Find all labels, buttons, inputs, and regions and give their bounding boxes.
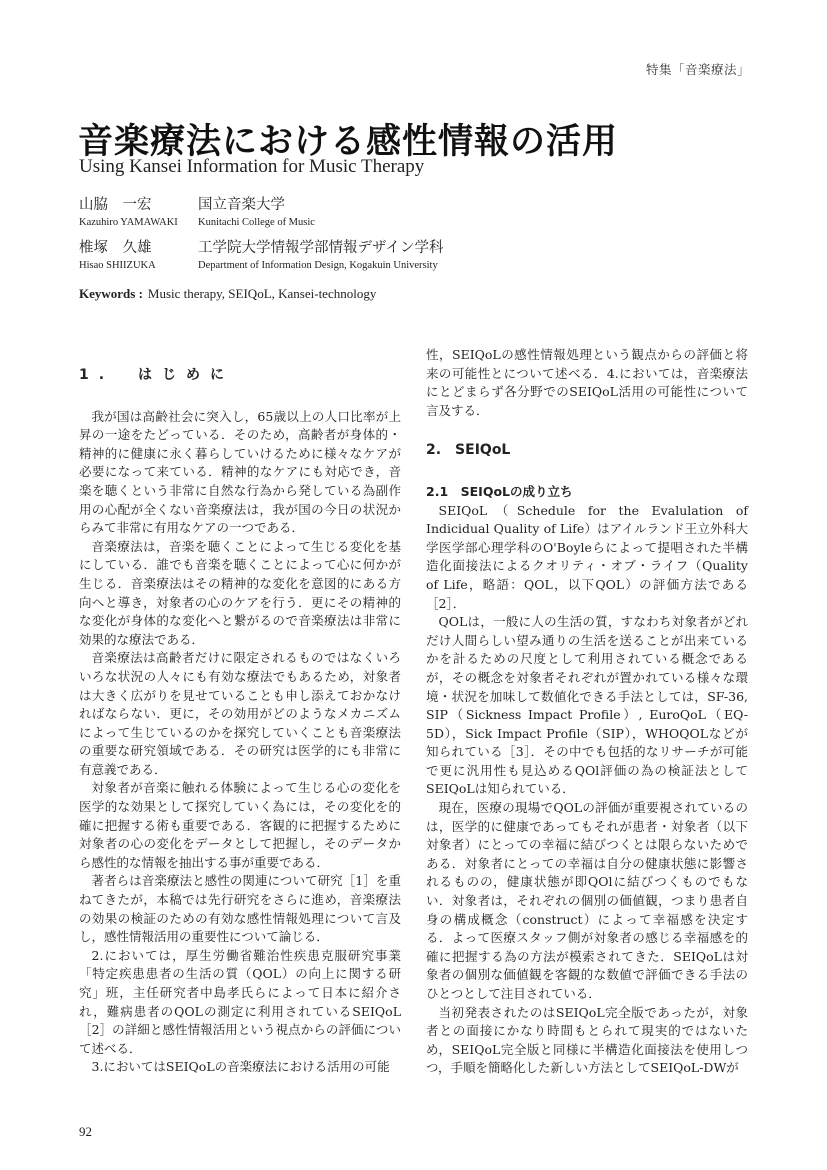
paragraph: 2.においては，厚生労働省難治性疾患克服研究事業「特定疾患患者の生活の質（QOL… <box>79 947 401 1059</box>
paragraph: 我が国は高齢社会に突入し，65歳以上の人口比率が上昇の一途をたどっている．そのた… <box>79 408 401 538</box>
author-name-ja: 椎塚 久雄 <box>79 236 198 257</box>
column-left: 1. はじめに 我が国は高齢社会に突入し，65歳以上の人口比率が上昇の一途をたど… <box>79 366 401 1077</box>
paragraph: 現在，医療の現場でQOLの評価が重要視されているのは，医学的に健康であってもそれ… <box>426 799 748 1004</box>
running-head: 特集「音楽療法」 <box>646 60 750 78</box>
paragraph: 音楽療法は，音楽を聴くことによって生じる変化を基にしている．誰でも音楽を聴くこと… <box>79 538 401 650</box>
author-affiliation-ja: 工学院大学情報学部情報デザイン学科 <box>198 236 443 257</box>
author-name-ja: 山脇 一宏 <box>79 193 198 214</box>
paragraph: 当初発表されたのはSEIQoL完全版であったが，対象者との面接にかなり時間もとら… <box>426 1004 748 1078</box>
author-affiliation-en: Department of Information Design, Kogaku… <box>198 260 438 271</box>
paragraph: 著者らは音楽療法と感性の関連について研究［1］を重ねてきたが，本稿では先行研究を… <box>79 872 401 946</box>
paragraph: 3.においてはSEIQoLの音楽療法における活用の可能 <box>79 1058 401 1077</box>
keywords-value: Music therapy, SEIQoL, Kansei-technology <box>148 286 376 301</box>
section-heading-1: 1. はじめに <box>79 366 401 385</box>
author-block: 椎塚 久雄 工学院大学情報学部情報デザイン学科 Hisao SHIIZUKA D… <box>79 236 443 271</box>
page-number: 92 <box>79 1124 92 1140</box>
paragraph: 音楽療法は高齢者だけに限定されるものではなくいろいろな状況の人々にも有効な療法で… <box>79 649 401 779</box>
author-affiliation-ja: 国立音楽大学 <box>198 193 285 214</box>
page-subtitle-en: Using Kansei Information for Music Thera… <box>79 156 424 178</box>
paragraph: 対象者が音楽に触れる体験によって生じる心の変化を医学的な効果として探究していく為… <box>79 779 401 872</box>
author-affiliation-en: Kunitachi College of Music <box>198 217 315 228</box>
section-heading-2: 2. SEIQoL <box>426 441 748 460</box>
author-block: 山脇 一宏 国立音楽大学 Kazuhiro YAMAWAKI Kunitachi… <box>79 193 315 228</box>
keywords: Keywords :Music therapy, SEIQoL, Kansei-… <box>79 286 376 302</box>
paragraph: QOLは，一般に人の生活の質，すなわち対象者がどれだけ人間らしい望み通りの生活を… <box>426 613 748 799</box>
paragraph-continuation: 性，SEIQoLの感性情報処理という観点からの評価と将来の可能性とについて述べる… <box>426 346 748 420</box>
paragraph: SEIQoL（Schedule for the Evalulation of I… <box>426 502 748 614</box>
author-name-en: Kazuhiro YAMAWAKI <box>79 217 198 228</box>
author-name-en: Hisao SHIIZUKA <box>79 260 198 271</box>
subsection-heading-2-1: 2.1 SEIQoLの成り立ち <box>426 483 748 502</box>
column-right: 性，SEIQoLの感性情報処理という観点からの評価と将来の可能性とについて述べる… <box>426 346 748 1078</box>
keywords-label: Keywords : <box>79 286 143 301</box>
